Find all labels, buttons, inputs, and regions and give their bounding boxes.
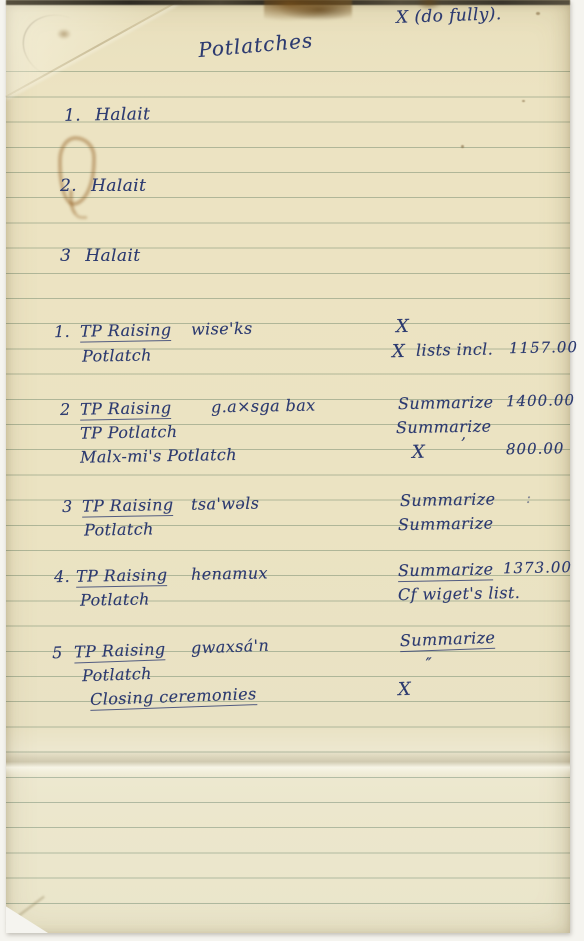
halait-item: 3Halait [60, 246, 140, 266]
participant-name: g.a×sga bax [211, 396, 316, 417]
halait-number: 1. [64, 105, 81, 125]
participant-name: henamux [191, 563, 268, 583]
event-name: TP Potlatch [80, 422, 178, 443]
status-mark: X [392, 341, 406, 362]
amount: 1157.00 [509, 338, 578, 357]
event-name: Potlatch [82, 664, 152, 685]
status-mark: Summarize [398, 513, 494, 534]
event-name: Potlatch [80, 589, 150, 609]
halait-label: Halait [85, 246, 140, 266]
amount: 800.00 [506, 439, 565, 458]
halait-item: 1.Halait [64, 104, 151, 126]
halait-label: Halait [91, 176, 146, 196]
stain [264, 0, 352, 25]
event-name: Closing ceremonies [90, 684, 257, 711]
entry-number: 1. [54, 322, 70, 341]
status-mark: Summarize [400, 628, 496, 652]
participant-name: tsa'wəls [191, 494, 260, 514]
status-mark: X [398, 679, 412, 700]
event-name: TP Raising [82, 495, 174, 518]
participant-name: wise'ks [191, 319, 253, 339]
entry-number: 2 [60, 400, 71, 419]
do-fully-annotation: X (do fully). [396, 4, 502, 28]
amount: 1400.00 [506, 391, 575, 410]
status-mark: X [412, 442, 426, 463]
halait-number: 2. [60, 176, 77, 196]
halait-number: 3 [60, 246, 71, 266]
status-mark: Summarize [398, 559, 494, 582]
event-name: Malx-mi's Potlatch [80, 445, 237, 467]
event-name: Potlatch [84, 519, 154, 539]
entry-number: 3 [62, 497, 73, 516]
event-name: TP Raising [76, 565, 168, 588]
event-name: TP Raising [74, 639, 166, 663]
fold-crease [6, 750, 570, 778]
scanned-paper-sheet: X (do fully). Potlatches 1.Halait 2.Hala… [6, 0, 570, 933]
status-mark: Summarize [400, 489, 496, 510]
speck [522, 100, 525, 102]
halait-item: 2.Halait [60, 176, 146, 196]
entry-number: 5 [52, 643, 63, 662]
halait-label: Halait [95, 104, 151, 125]
status-note: lists incl. [416, 339, 493, 359]
speck [461, 145, 464, 148]
amount: : [526, 489, 532, 507]
status-mark: Summarize [398, 392, 494, 413]
entry-number: 4. [54, 567, 70, 586]
status-mark: Summarize [396, 416, 492, 437]
event-name: TP Raising [80, 320, 172, 343]
participant-name: gwaxsá'n [191, 636, 270, 658]
ditto-mark: ″ [425, 654, 432, 673]
status-note: Cf wiget's list. [398, 583, 521, 604]
event-name: TP Raising [80, 398, 172, 421]
status-mark: X [396, 316, 410, 337]
amount: 1373.00 [503, 558, 572, 577]
speck [536, 12, 540, 15]
event-name: Potlatch [82, 345, 152, 365]
